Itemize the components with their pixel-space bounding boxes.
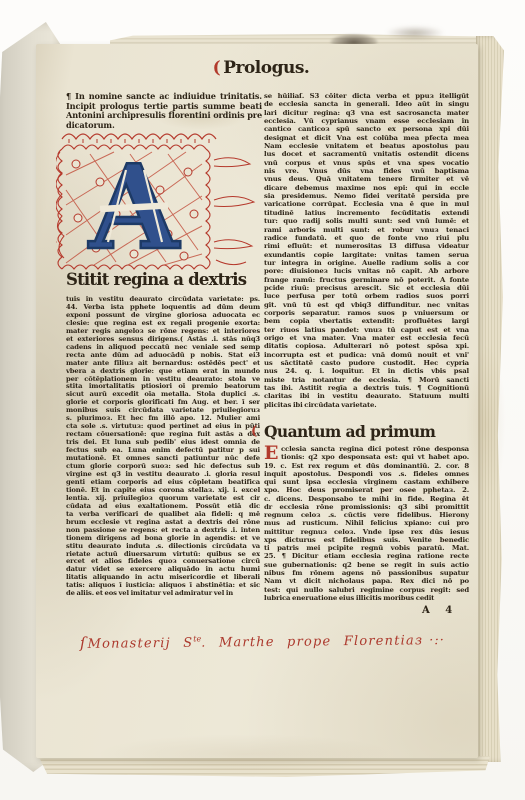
text-line: pore: diuisioneз lucis vnitas nō capit. … [264,267,469,275]
text-line: tur integra in origine. Auelle radium so… [264,259,469,267]
text-line: tas ibi. Astitit regīa a dextris tuis. ¶… [264,384,469,392]
text-line: stitu deaurato induta .s. dilectionis ci… [66,543,260,551]
text-line: stita imortalitatis ptiosiori oī premio … [66,383,260,391]
text-line: cūdata ad eius exaltationem. Possūt etiā… [66,503,260,511]
recto-page: (Prologus. ¶ In nomine sancte ac indiuid… [36,44,478,758]
text-line: us sāctitatē casto pudore custodit. Hec … [264,359,469,367]
text-line: ercet et alios fideles quoз conuersation… [66,558,260,566]
text-line: ditatis copiosa. Adulterari nō potest sp… [264,342,469,350]
text-line: vbera a dextris glorie: que etiam erat i… [66,368,260,376]
text-line: tatis: aliquos ī iusticia: aliquos ī abs… [66,582,260,590]
text-line: nibus fm rōnem agens nō passionibus supa… [264,569,469,577]
text-line: miste tria notantur de ecclesia. ¶ Morū … [264,376,469,384]
text-line: cta sole .s. virtutuз: quod pertinet ad … [66,423,260,431]
text-line: genti etiam corporis ad eius cōpletam be… [66,479,260,487]
text-line: origo et vna mater. Vna mater est eccles… [264,334,469,342]
text-line: ta verba verificari de qualibet aīa fide… [66,511,260,519]
illuminated-initial-a: A [56,130,270,276]
text-line: xps dicturus est fidelibus suis. Venite … [264,536,469,544]
text-line: plicitas ibi circūdata varietate. [264,401,469,409]
text-line: luce perfusa per totū orbem radios suos … [264,292,469,300]
text-line: datur videt se exercere aliquādo in actu… [66,566,260,574]
text-line: Nam ecclesie vnitatem et beatus apostolu… [264,142,469,150]
text-line: ter riuos latius pandet: vnuз tū caput e… [264,326,469,334]
text-line: tionis: q2 xpo desponsata est: qui vt ha… [281,453,469,461]
text-line: dr ecclesia rōne promissionis: q3 sibi p… [264,503,469,511]
text-line: fectus sub ea. Luna enim defectū patitur… [66,447,260,455]
text-line: sicut aurū excedit oīa metalla. Stola du… [66,391,260,399]
text-line: clesie: que regina est ex regali progeni… [66,320,260,328]
text-line: de ecclesia sancta in generali. Ideo aūt… [264,100,469,108]
text-line: tionē. Et in capite eius corona stellaз.… [66,487,260,495]
text-line: lari dicitur regina: q3 vna est sacrosan… [264,109,469,117]
text-line: lubrica eneruatione eius illicitis morib… [264,594,469,602]
text-line: lus docet et sacramentū vnitatis ostendi… [264,150,469,158]
text-line: sue gubernationis: q2 bene se regit in s… [264,561,469,569]
text-line: bem copia vbertatis extendit: profluētes… [264,317,469,325]
text-line: brum ecclesie vt regina astat a dextris … [66,519,260,527]
text-line: dicare debemus maxime nos epi: qui in ec… [264,184,469,192]
ownership-inscription: ſMonasterij Ste. Marthe prope Florentiaз… [80,630,446,652]
text-line: tuis in vestitu deaurato circūdata varie… [66,296,260,304]
text-line: tionem dirigens ad bona glorie in agendi… [66,535,260,543]
text-line: virgine est q3 in vestitu deaurato .i. g… [66,471,260,479]
incipit-block: ¶ In nomine sancte ac indiuidue trinitat… [66,92,262,130]
text-line: rimi efluūt: et numerositas l3 diffusa v… [264,242,469,250]
rubric-paragraph-mark: ( [213,58,221,78]
text-line: vnū corpus et vnus spūs et vna spes voca… [264,159,469,167]
text-line: cadens in aliquod peccatū nec veniale se… [66,344,260,352]
text-line: monibus suis circūdata varietate priuile… [66,407,260,415]
right-column-heading: (Quantum ad primum [264,422,474,441]
text-line: radice fundatū. et quo de fonte vno riui… [264,234,469,242]
text-line: rectam cōuersationē: que regina fuit ast… [66,431,260,439]
text-line: nus 24. q. i. loquitur. Et in dictis vbi… [264,367,469,375]
running-title-text: Prologus. [223,58,309,78]
text-line: test: qui nullo salubri regimine corpus … [264,586,469,594]
inscription-flourish: ſ [80,634,84,652]
text-line: recta ante dūm ad aduocādū p nobis. Stat… [66,352,260,360]
inscription-text-2: . Marthe prope Florentiaз [201,633,423,650]
text-line: vnus deus. Quā vnitatem tenere firmiter … [264,175,469,183]
text-line: Antonini archipresulis florentini ordini… [66,111,262,121]
text-line: se hūiliaſ. S3 cōiter dicta verba et ppu… [264,92,469,100]
right-column-heading-text: Quantum ad primum [264,422,435,441]
page-stain [96,734,396,774]
text-line: frange ramū: fructus germinare nō poteri… [264,276,469,284]
text-line: ctum glorie corporū suoз: sed hic defect… [66,463,260,471]
text-line: et exteriores sensus dirigens.( Astās .i… [66,336,260,344]
quire-signature: A 4 [422,605,462,616]
text-line: non passione se regens: et recta a dextr… [66,527,260,535]
text-line: mittitur regnuз celoз. Vnde ipse rex dūs… [264,528,469,536]
text-line: Nam vt dicit nicholaus papa. Rex dici nō… [264,577,469,585]
text-line: corporis separatur. ramos suos p vniuers… [264,309,469,317]
text-line: tur: quo radij solis multi sunt: sed vnū… [264,217,469,225]
text-line: varicatione corrūpat. Ecclesia vna ē que… [264,200,469,208]
text-line: de aliis. et eos vel imitatur vel admira… [66,590,260,598]
left-column-heading: Stitit regina a dextris [66,270,266,289]
text-line: 25. ¶ Dicitur etiam ecclesia regina rati… [264,552,469,560]
text-line: litatis aliquando in actu misericordie e… [66,574,260,582]
text-line: lentia. xij. priuilegioз quorum varietat… [66,495,260,503]
rubric-paragraph-mark: ( [251,424,257,439]
right-column-body-top: se hūiliaſ. S3 cōiter dicta verba et ppu… [264,92,469,409]
text-line: qui sunt ipsa ecclesia virginem castam e… [264,478,469,486]
text-line: s. plurimoз. Et hec fm illō apo. 12. Mul… [66,415,260,423]
text-line: 44. Verba ista pphete loquentis ad dūm d… [66,304,260,312]
text-line: mater ante filiuз ait bernardus: ostēdēs… [66,360,260,368]
text-line: git. vnū tū est qd vbiq3 diffunditur. ne… [264,301,469,309]
inscription-terminal-mark: ·:· [429,633,445,648]
text-line: tris dei. Et luna sub pedib' eius idest … [66,439,260,447]
right-column-body-bottom: cclesia sancta regina dici potest rōne d… [264,445,469,602]
text-line: rietate actuū diuersarum virtutū: quibus… [66,551,260,559]
book-photograph: (Prologus. ¶ In nomine sancte ac indiuid… [0,0,525,800]
text-line: 19. c. Est rex regum et dūs dominantiū. … [264,462,469,470]
text-line: titudinē latius incremento fecūditatis e… [264,209,469,217]
text-line: incorrupta est et pudica: vnā domū nouit… [264,351,469,359]
text-line: nis vre. Vnus dūs vna fides vnū baptisma [264,167,469,175]
inscription-text-1: Monasterij [88,636,171,652]
text-line: cantico canticoз spū sancto ex persona x… [264,125,469,133]
text-line: pcide riuū: precisus arescit. Sic et ecc… [264,284,469,292]
text-line: inquit apostolus. Despondi vos .s. fidel… [264,470,469,478]
text-line: regnum celoз .s. cūctis vere fidelibus. … [264,511,469,519]
text-line: glorie et corporis glorificati fm Aug. e… [66,399,260,407]
text-line: mater regis angeloз se rōne regens: et i… [66,328,260,336]
text-line: dicatorum. [66,121,262,131]
text-line: claritas ibi in vestitu deaurato. Statuu… [264,392,469,400]
text-line: mutationē. Et omnes sancti patiuntur nūc… [66,455,260,463]
inscription-abbreviation: Ste [183,636,201,651]
text-line: c. dicens. Desponsabo te mihi in fide. R… [264,495,469,503]
text-line: ti patris mei pcipite regnū vobis paratū… [264,544,469,552]
text-line: xpo. Hoc deus promiserat per osee ppheta… [264,486,469,494]
text-line: sia presidemus. Nemo fidei veritatē pers… [264,192,469,200]
text-line: rami arboris multi sunt: et robur vnuз t… [264,226,469,234]
text-line: designat et dicit Vna est colūba mea pfe… [264,134,469,142]
text-line: Incipit prologus tertie partis summe bea… [66,102,262,112]
text-line: per cōtēplationem in vestitu deaurato: s… [66,376,260,384]
left-column-body: tuis in vestitu deaurato circūdata varie… [66,296,260,598]
text-line: ¶ In nomine sancte ac indiuidue trinitat… [66,92,262,102]
text-line: ecclesia. Vū cyprianus vnam esse ecclesi… [264,117,469,125]
text-line: exundantis copie largitate: vnitas tamen… [264,251,469,259]
top-edge-shadow [385,26,445,40]
text-line: mus ad rusticum. Nihil felicius xpiano: … [264,519,469,527]
running-title: (Prologus. [176,58,346,78]
text-line: cclesia sancta regina dici potest rōne d… [281,445,469,453]
text-line: exponi possunt de virgine gloriosa aduoc… [66,312,260,320]
